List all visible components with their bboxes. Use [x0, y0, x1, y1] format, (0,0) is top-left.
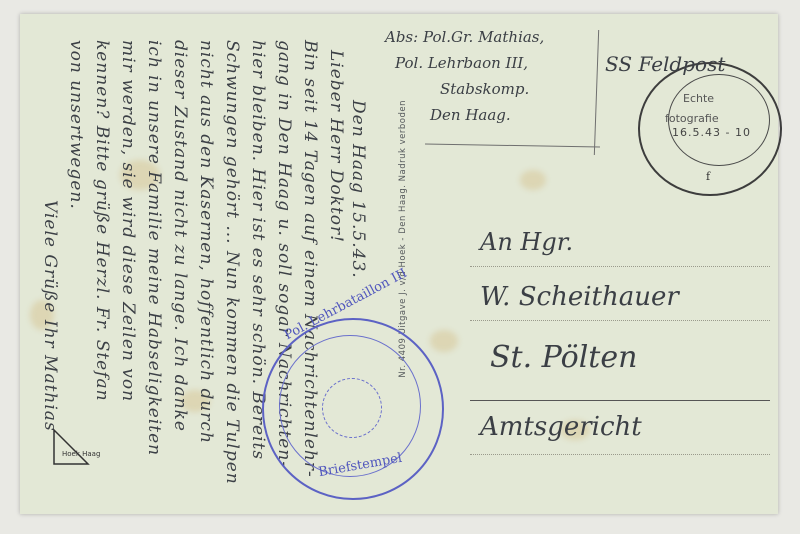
- stain: [520, 170, 546, 190]
- sender-line: Stabskomp.: [440, 80, 529, 98]
- stain: [430, 330, 458, 352]
- message-line: von unsertwegen.: [66, 40, 86, 210]
- feldpost-mark: SS Feldpost: [605, 52, 725, 76]
- sender-line: Den Haag.: [430, 106, 511, 124]
- message-line: dieser Zustand nicht zu lange. Ich danke: [170, 40, 190, 432]
- recipient-line: Amtsgericht: [480, 412, 642, 442]
- photo-label: Echte: [683, 92, 714, 105]
- publisher-logo-icon: [50, 428, 90, 468]
- date-line: Den Haag 15.5.43.: [348, 100, 368, 279]
- message-line: ich in unsere Familie meine Habseligkeit…: [144, 40, 164, 456]
- message-line: nicht aus den Kasernen, hoffentlich durc…: [196, 40, 216, 444]
- recipient-line: An Hgr.: [480, 228, 573, 256]
- publisher-logo-text: Hoek Haag: [62, 450, 100, 458]
- postmark-date: 16.5.43 - 10: [672, 126, 751, 139]
- address-rule: [470, 320, 770, 321]
- sender-line: Abs: Pol.Gr. Mathias,: [385, 28, 544, 46]
- postmark-letter: f: [706, 170, 710, 183]
- photo-label: fotografie: [665, 112, 719, 125]
- address-rule: [470, 266, 770, 267]
- message-signature: Viele Grüße Ihr Mathias: [40, 200, 60, 432]
- recipient-line: W. Scheithauer: [480, 282, 679, 312]
- message-line: Lieber Herr Doktor!: [326, 50, 346, 243]
- sender-line: Pol. Lehrbaon III,: [395, 54, 528, 72]
- address-rule: [470, 454, 770, 455]
- message-line: kennen? Bitte grüße Herzl. Fr. Stefan: [92, 40, 112, 402]
- recipient-line: St. Pölten: [490, 340, 637, 375]
- seal-emblem-placeholder: [322, 378, 382, 438]
- address-rule: [470, 400, 770, 401]
- message-line: Schwungen gehört ... Nun kommen die Tulp…: [222, 40, 242, 485]
- message-line: mir werden, sie wird diese Zeilen von: [118, 40, 138, 402]
